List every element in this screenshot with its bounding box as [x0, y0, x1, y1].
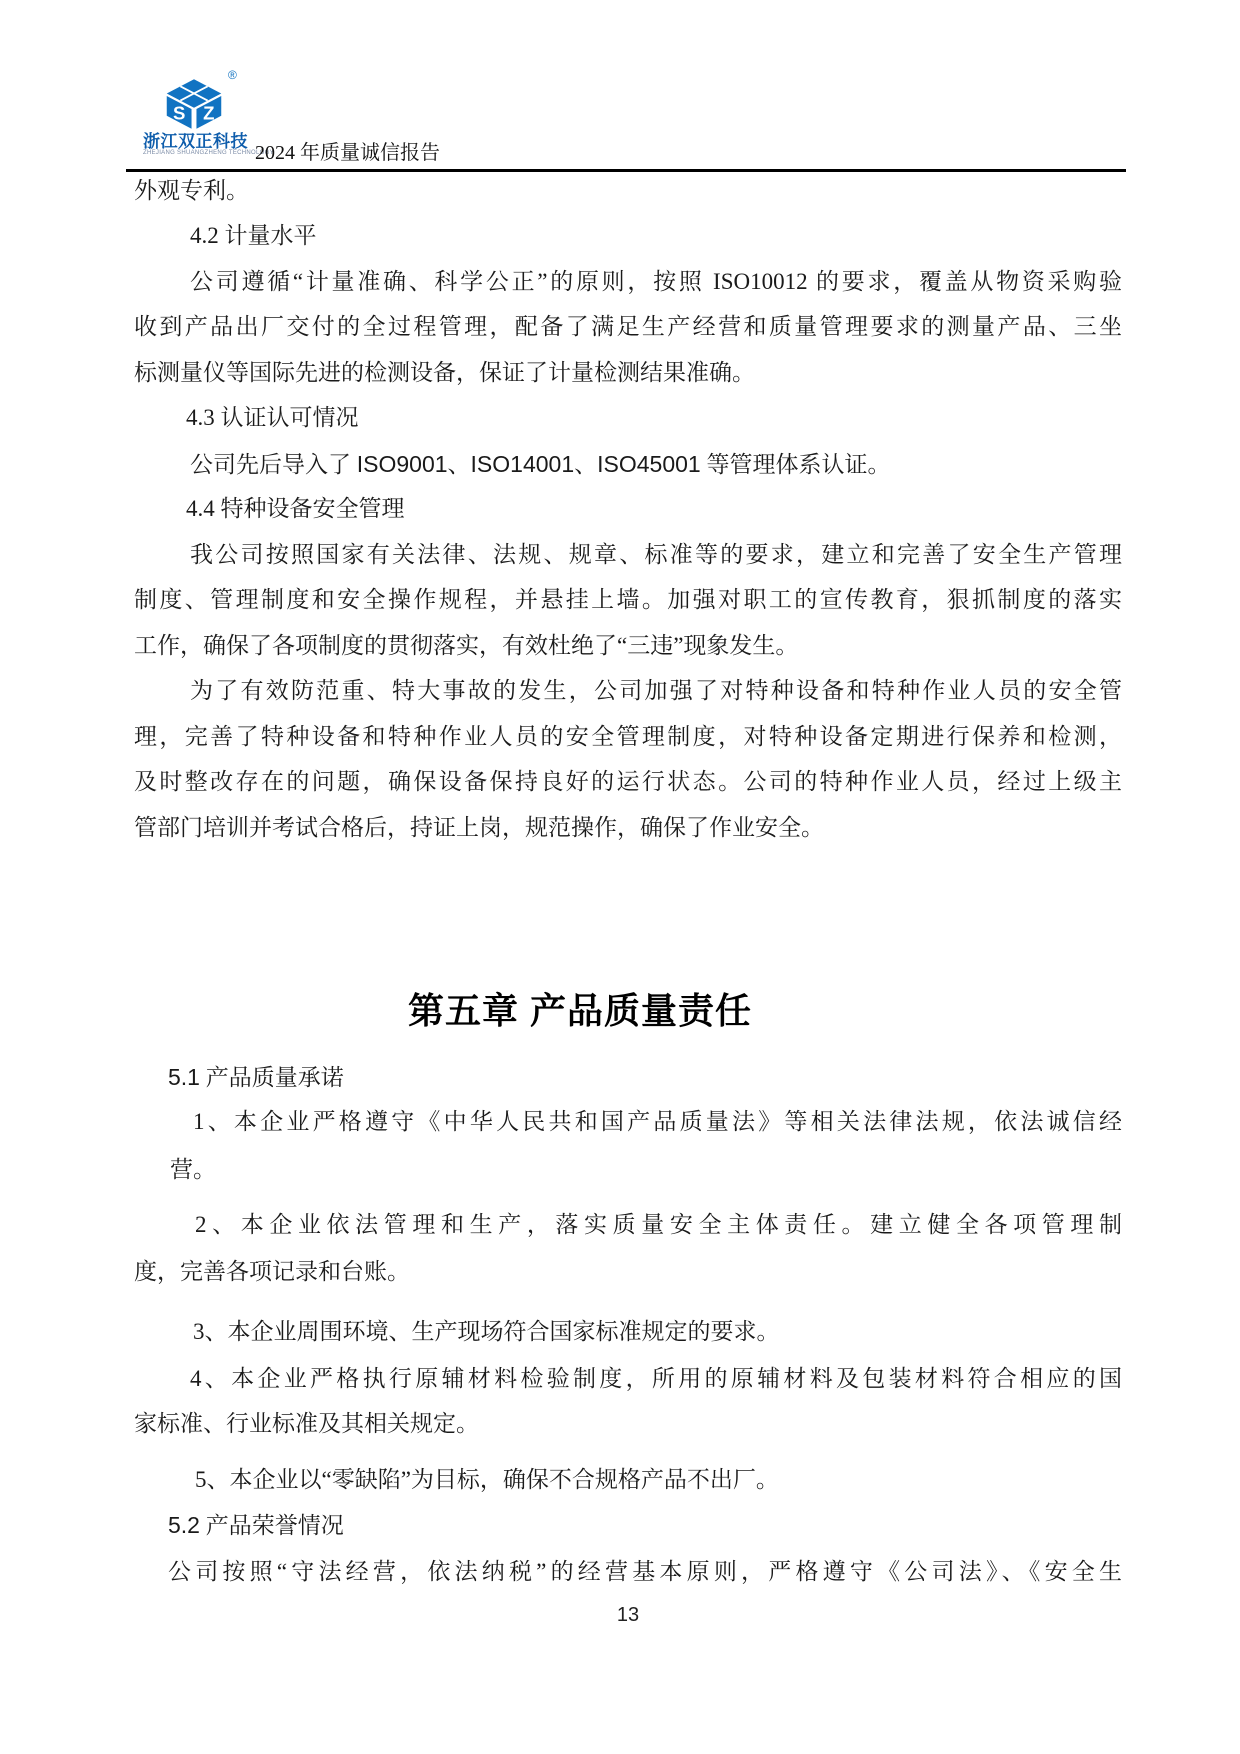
paragraph-line: 标测量仪等国际先进的检测设备，保证了计量检测结果准确。: [134, 358, 1122, 388]
svg-text:S: S: [173, 102, 185, 123]
paragraph-line: 我公司按照国家有关法律、法规、规章、标准等的要求，建立和完善了安全生产管理: [134, 540, 1122, 570]
paragraph-line: 工作，确保了各项制度的贯彻落实，有效杜绝了“三违”现象发生。: [134, 631, 1122, 661]
section-heading-4-2: 4.2 计量水平: [134, 221, 1122, 251]
paragraph-line: 为了有效防范重、特大事故的发生，公司加强了对特种设备和特种作业人员的安全管: [134, 676, 1122, 706]
svg-text:Z: Z: [203, 102, 214, 123]
list-item: 4、本企业严格执行原辅材料检验制度，所用的原辅材料及包装材料符合相应的国: [134, 1364, 1122, 1394]
company-name-cn: 浙江双正科技: [143, 127, 248, 152]
list-item: 5、本企业以“零缺陷”为目标，确保不合规格产品不出厂。: [134, 1465, 1122, 1495]
report-title: 2024 年质量诚信报告: [255, 136, 440, 165]
registered-trademark-icon: ®: [228, 68, 237, 82]
paragraph-line: 及时整改存在的问题，确保设备保持良好的运行状态。公司的特种作业人员，经过上级主: [134, 767, 1122, 797]
paragraph-line: 公司先后导入了 ISO9001、ISO14001、ISO45001 等管理体系认…: [134, 449, 1122, 479]
paragraph-line: 外观专利。: [134, 176, 1122, 206]
iso-certification-codes: ISO9001、ISO14001、ISO45001: [357, 451, 701, 477]
heading-text: 产品质量承诺: [200, 1065, 344, 1090]
iso-line-suffix: 等管理体系认证。: [701, 452, 891, 477]
section-heading-5-2: 5.2 产品荣誉情况: [134, 1510, 1122, 1540]
paragraph-line: 家标准、行业标准及其相关规定。: [134, 1409, 1122, 1439]
heading-number: 5.1: [168, 1064, 200, 1090]
paragraph-line: 度，完善各项记录和台账。: [134, 1257, 1122, 1287]
document-page: S Z ® 浙江双正科技 ZHEJIANG SHUANGZHENG TECHNO…: [0, 0, 1240, 1754]
list-item: 2、本企业依法管理和生产，落实质量安全主体责任。建立健全各项管理制: [134, 1210, 1122, 1240]
section-heading-4-3: 4.3 认证认可情况: [134, 403, 1122, 433]
paragraph-line: 公司按照“守法经营，依法纳税”的经营基本原则，严格遵守《公司法》、《安全生: [134, 1557, 1122, 1587]
paragraph-line: 制度、管理制度和安全操作规程，并悬挂上墙。加强对职工的宣传教育，狠抓制度的落实: [134, 585, 1122, 615]
list-item: 3、本企业周围环境、生产现场符合国家标准规定的要求。: [134, 1317, 1122, 1347]
list-item: 1、本企业严格遵守《中华人民共和国产品质量法》等相关法律法规，依法诚信经: [134, 1107, 1122, 1137]
heading-number: 5.2: [168, 1512, 200, 1538]
paragraph-line: 管部门培训并考试合格后，持证上岗，规范操作，确保了作业安全。: [134, 813, 1122, 843]
section-heading-5-1: 5.1 产品质量承诺: [134, 1062, 1122, 1092]
company-logo: S Z ® 浙江双正科技 ZHEJIANG SHUANGZHENG TECHNO…: [143, 70, 263, 162]
section-heading-4-4: 4.4 特种设备安全管理: [134, 494, 1122, 524]
logo-cube-icon: S Z: [163, 78, 225, 130]
iso-line-prefix: 公司先后导入了: [190, 452, 357, 477]
heading-text: 产品荣誉情况: [200, 1513, 344, 1538]
paragraph-line: 公司遵循“计量准确、科学公正”的原则，按照 ISO10012 的要求，覆盖从物资…: [134, 267, 1122, 297]
header-divider: [126, 169, 1126, 172]
paragraph-line: 收到产品出厂交付的全过程管理，配备了满足生产经营和质量管理要求的测量产品、三坐: [134, 312, 1122, 342]
chapter-title: 第五章 产品质量责任: [86, 983, 1074, 1034]
paragraph-line: 理，完善了特种设备和特种作业人员的安全管理制度，对特种设备定期进行保养和检测，: [134, 722, 1122, 752]
paragraph-line: 营。: [134, 1155, 1122, 1185]
page-number: 13: [134, 1604, 1122, 1627]
